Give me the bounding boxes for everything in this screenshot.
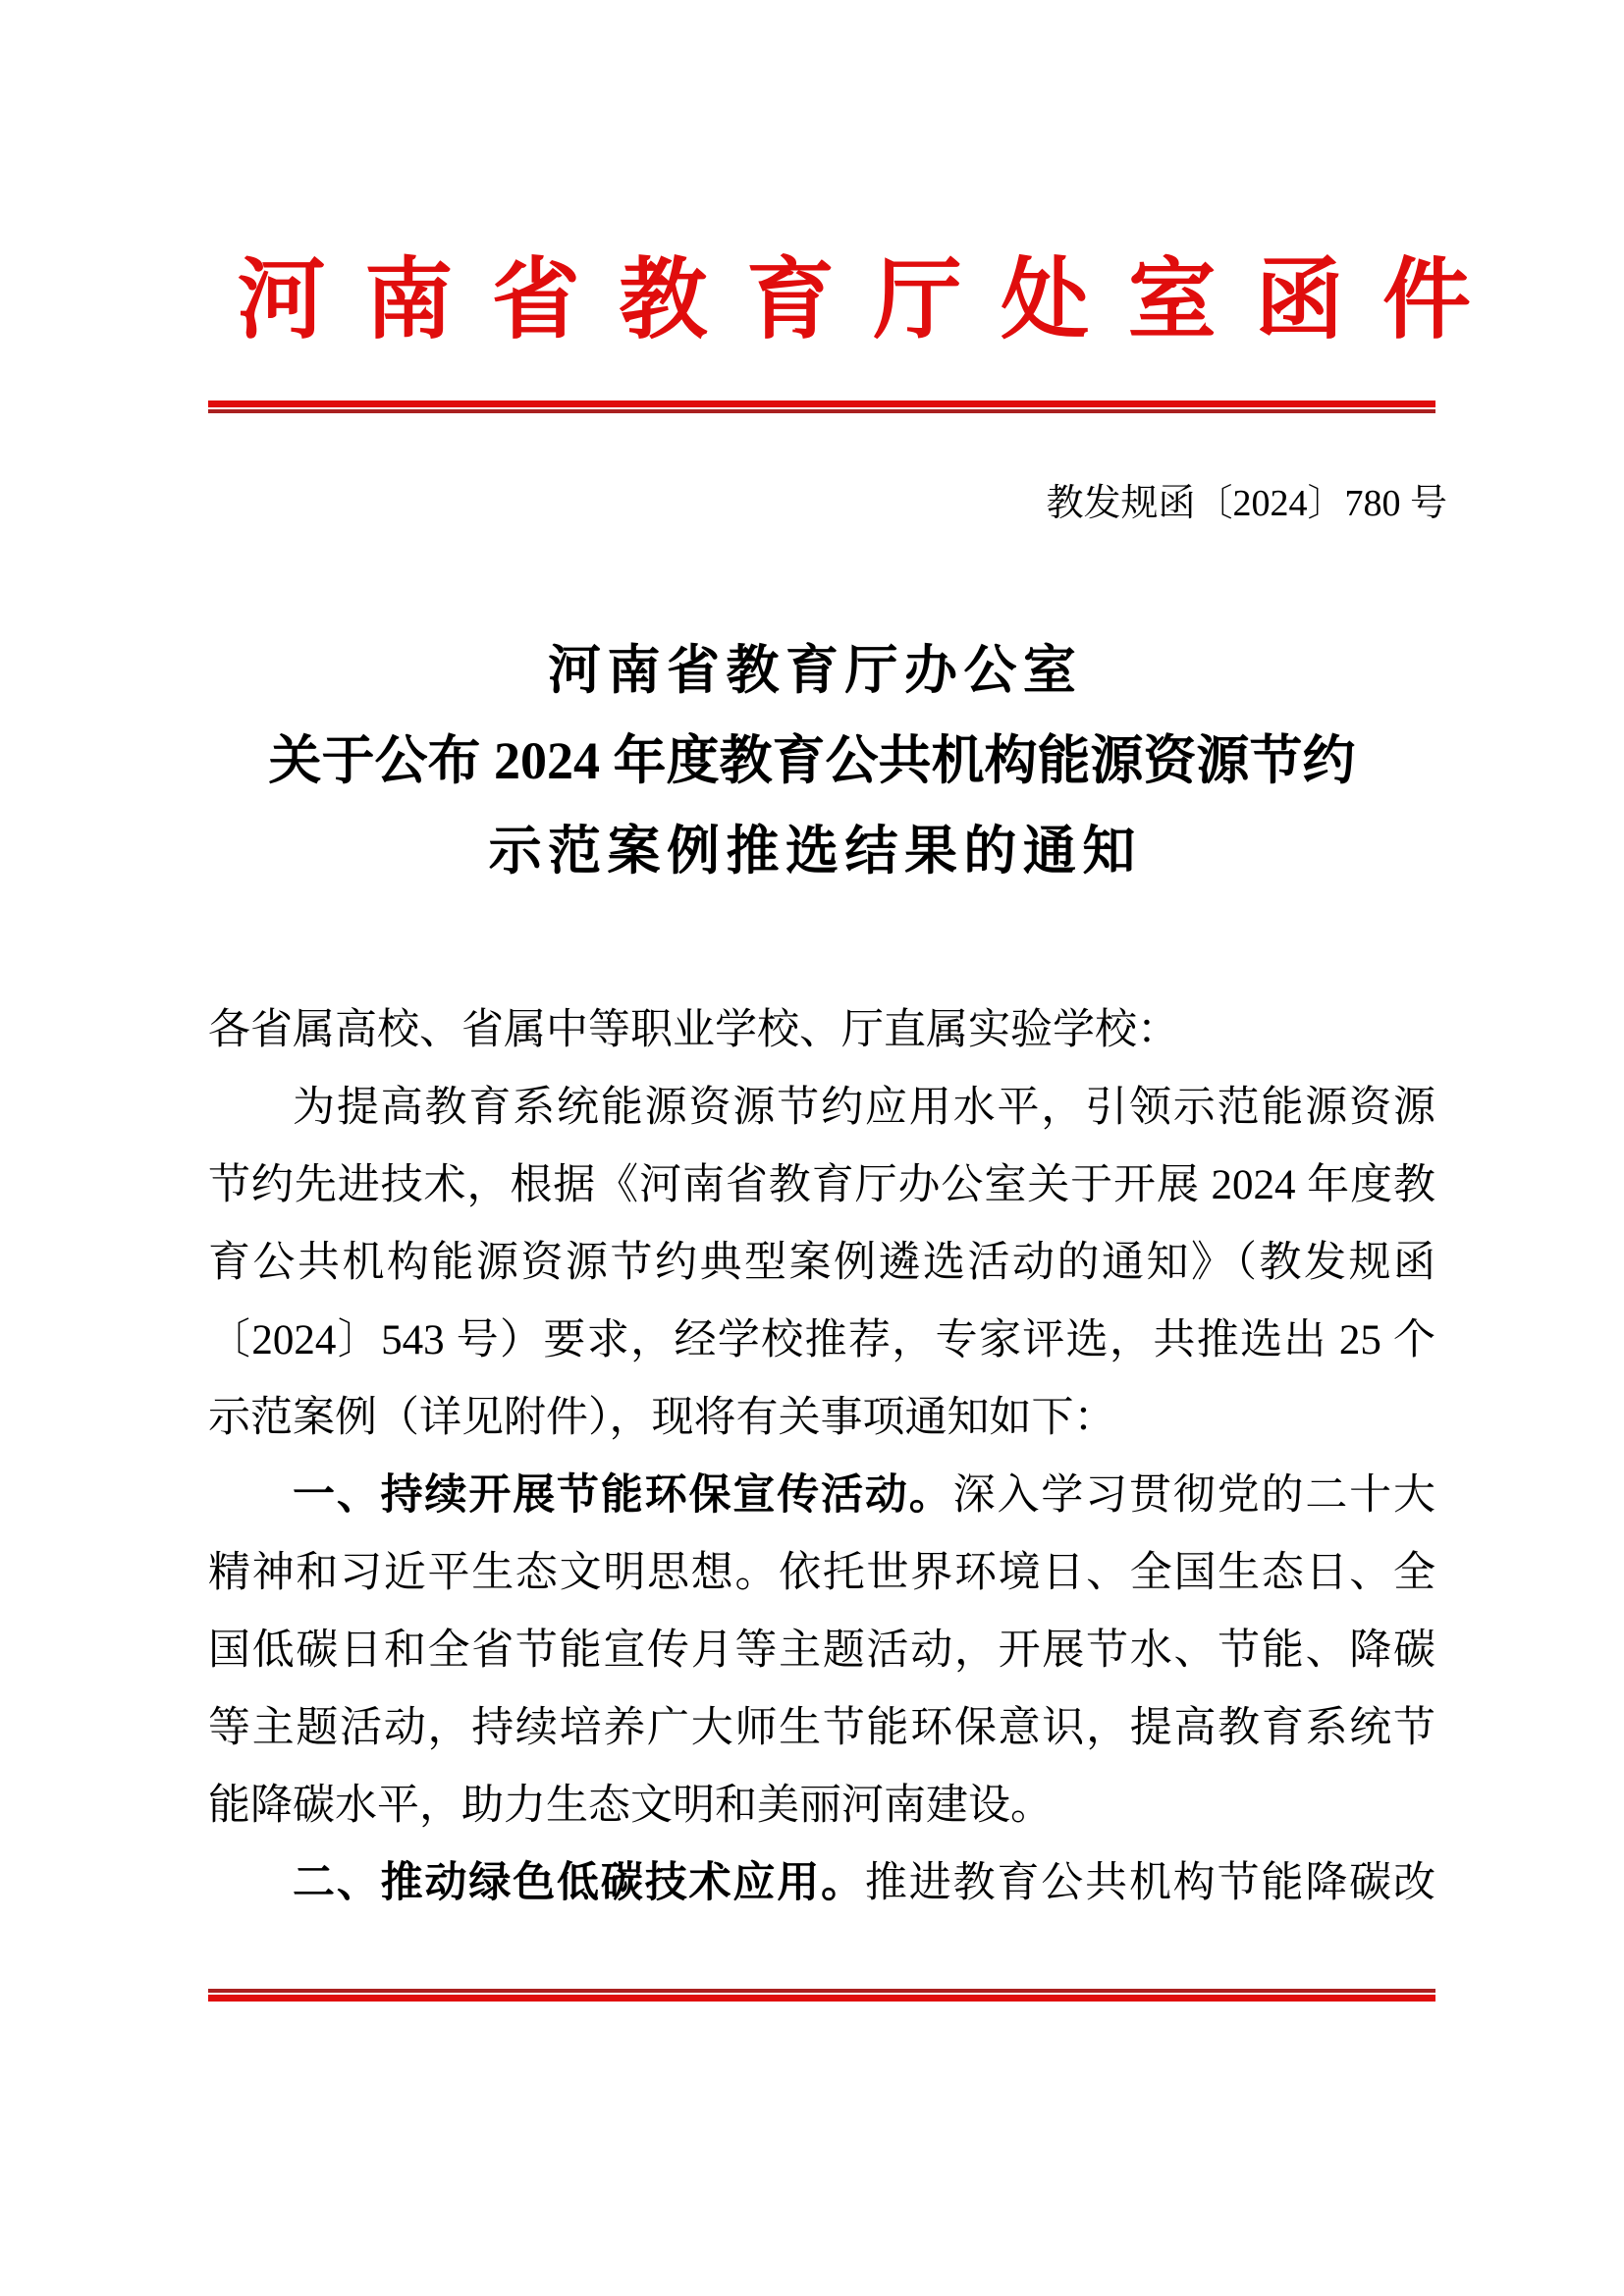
body-text-segment: 〔2024〕543 号）要求，经学校推荐，专家评选，共推选出 25 个 bbox=[208, 1317, 1435, 1363]
document-page: 河南省教育厅处室函件 教发规函〔2024〕780 号 河南省教育厅办公室关于公布… bbox=[0, 0, 1624, 2296]
rule-thick-bar bbox=[208, 1995, 1435, 2002]
body-line: 节约先进技术，根据《河南省教育厅办公室关于开展 2024 年度教 bbox=[208, 1147, 1435, 1224]
title-line: 示范案例推选结果的通知 bbox=[198, 806, 1426, 896]
body-text-segment: 国低碳日和全省节能宣传月等主题活动，开展节水、节能、降碳 bbox=[208, 1628, 1435, 1674]
body-text-segment: 各省属高校、省属中等职业学校、厅直属实验学校： bbox=[208, 1007, 1179, 1053]
body-text-segment: 精神和习近平生态文明思想。依托世界环境日、全国生态日、全 bbox=[208, 1550, 1435, 1596]
body-line: 育公共机构能源资源节约典型案例遴选活动的通知》（教发规函 bbox=[208, 1224, 1435, 1302]
header-double-rule bbox=[208, 400, 1435, 413]
document-body: 各省属高校、省属中等职业学校、厅直属实验学校：为提高教育系统能源资源节约应用水平… bbox=[208, 991, 1435, 1922]
body-text-segment: 等主题活动，持续培养广大师生节能环保意识，提高教育系统节 bbox=[208, 1705, 1435, 1751]
body-line: 各省属高校、省属中等职业学校、厅直属实验学校： bbox=[208, 991, 1435, 1069]
body-line: 示范案例（详见附件），现将有关事项通知如下： bbox=[208, 1379, 1435, 1457]
body-line: 二、推动绿色低碳技术应用。推进教育公共机构节能降碳改 bbox=[208, 1844, 1435, 1922]
body-line: 国低碳日和全省节能宣传月等主题活动，开展节水、节能、降碳 bbox=[208, 1612, 1435, 1689]
body-text-segment: 示范案例（详见附件），现将有关事项通知如下： bbox=[208, 1395, 1116, 1441]
body-line: 等主题活动，持续培养广大师生节能环保意识，提高教育系统节 bbox=[208, 1689, 1435, 1767]
bold-lead-text: 二、推动绿色低碳技术应用。 bbox=[293, 1859, 865, 1906]
body-line: 〔2024〕543 号）要求，经学校推荐，专家评选，共推选出 25 个 bbox=[208, 1302, 1435, 1379]
footer-double-rule bbox=[208, 1989, 1435, 2002]
document-title: 河南省教育厅办公室关于公布 2024 年度教育公共机构能源资源节约示范案例推选结… bbox=[198, 625, 1426, 896]
letterhead-title: 河南省教育厅处室函件 bbox=[198, 247, 1426, 355]
body-text-segment: 推进教育公共机构节能降碳改 bbox=[865, 1860, 1435, 1906]
title-line: 关于公布 2024 年度教育公共机构能源资源节约 bbox=[198, 716, 1426, 806]
body-text-segment: 为提高教育系统能源资源节约应用水平，引领示范能源资源 bbox=[293, 1085, 1435, 1131]
rule-thick-bar bbox=[208, 400, 1435, 407]
document-number: 教发规函〔2024〕780 号 bbox=[208, 481, 1447, 526]
body-text-segment: 节约先进技术，根据《河南省教育厅办公室关于开展 2024 年度教 bbox=[208, 1162, 1435, 1208]
body-text-segment: 深入学习贯彻党的二十大 bbox=[953, 1472, 1435, 1519]
body-line: 精神和习近平生态文明思想。依托世界环境日、全国生态日、全 bbox=[208, 1534, 1435, 1612]
body-line: 能降碳水平，助力生态文明和美丽河南建设。 bbox=[208, 1767, 1435, 1844]
bold-lead-text: 一、持续开展节能环保宣传活动。 bbox=[293, 1471, 953, 1519]
body-text-segment: 育公共机构能源资源节约典型案例遴选活动的通知》（教发规函 bbox=[208, 1240, 1435, 1286]
rule-thin-bar bbox=[208, 409, 1435, 413]
body-line: 为提高教育系统能源资源节约应用水平，引领示范能源资源 bbox=[208, 1069, 1435, 1147]
body-text-segment: 能降碳水平，助力生态文明和美丽河南建设。 bbox=[208, 1783, 1053, 1829]
title-line: 河南省教育厅办公室 bbox=[198, 625, 1426, 716]
body-line: 一、持续开展节能环保宣传活动。深入学习贯彻党的二十大 bbox=[208, 1457, 1435, 1534]
